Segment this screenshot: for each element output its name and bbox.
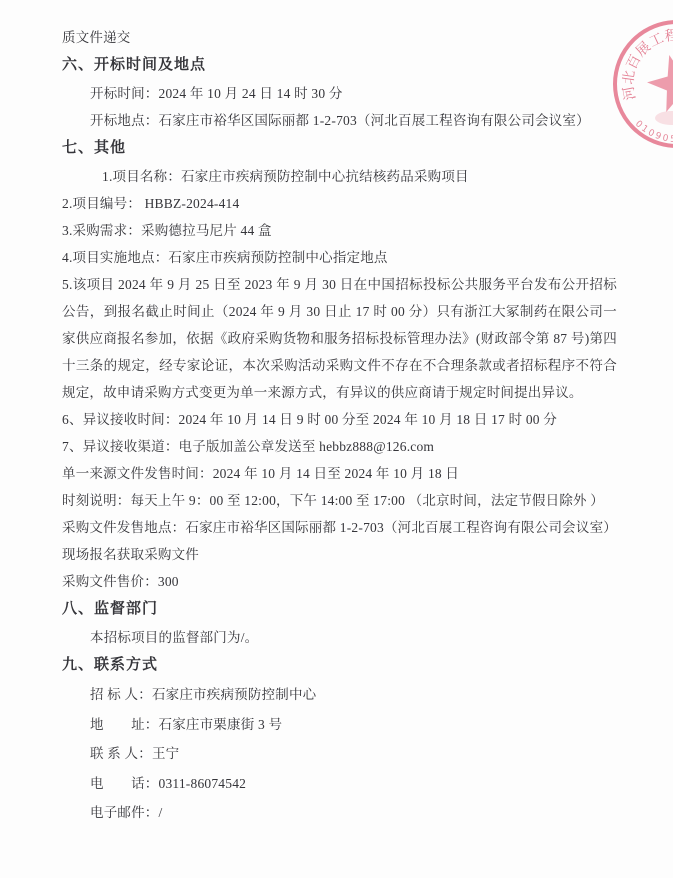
section-6-heading: 六、开标时间及地点 — [62, 51, 617, 80]
company-seal: 河北百展工程咨询有限公司 0109050031 — [600, 6, 673, 166]
item-objection-channel: 7、异议接收渠道：电子版加盖公章发送至 hebbz888@126.com — [62, 433, 617, 460]
contact-address: 地 址：石家庄市栗康街 3 号 — [62, 710, 617, 740]
item-project-number: 2.项目编号： HBBZ-2024-414 — [62, 190, 617, 217]
contact-phone: 电 话：0311-86074542 — [62, 769, 617, 799]
bid-opening-place: 开标地点：石家庄市裕华区国际丽都 1-2-703（河北百展工程咨询有限公司会议室… — [62, 107, 617, 134]
supervision-dept: 本招标项目的监督部门为/。 — [62, 624, 617, 651]
doc-sale-time: 单一来源文件发售时间：2024 年 10 月 14 日至 2024 年 10 月… — [62, 460, 617, 487]
doc-sale-place: 采购文件发售地点：石家庄市裕华区国际丽都 1-2-703（河北百展工程咨询有限公… — [62, 514, 617, 568]
section-9-heading: 九、联系方式 — [62, 651, 617, 680]
document-body: 质文件递交六、开标时间及地点开标时间：2024 年 10 月 24 日 14 时… — [62, 24, 617, 828]
doc-sale-schedule: 时刻说明：每天上午 9：00 至 12:00，下午 14:00 至 17:00 … — [62, 487, 617, 514]
bid-opening-time: 开标时间：2024 年 10 月 24 日 14 时 30 分 — [62, 80, 617, 107]
item-single-source-reason: 5.该项目 2024 年 9 月 25 日至 2023 年 9 月 30 日在中… — [62, 271, 617, 406]
section-7-heading: 七、其他 — [62, 134, 617, 163]
item-procurement-demand: 3.采购需求：采购德拉马尼片 44 盒 — [62, 217, 617, 244]
item-implementation-place: 4.项目实施地点：石家庄市疾病预防控制中心指定地点 — [62, 244, 617, 271]
doc-sale-price: 采购文件售价：300 — [62, 568, 617, 595]
item-objection-time: 6、异议接收时间：2024 年 10 月 14 日 9 时 00 分至 2024… — [62, 406, 617, 433]
seal-company-text: 河北百展工程咨询有限公司 — [621, 27, 673, 107]
section-8-heading: 八、监督部门 — [62, 595, 617, 624]
contact-person: 联 系 人：王宁 — [62, 739, 617, 769]
intro-fragment: 质文件递交 — [62, 24, 617, 51]
contact-bidder: 招 标 人：石家庄市疾病预防控制中心 — [62, 680, 617, 710]
seal-ink-smudge — [655, 111, 673, 125]
document-page: 质文件递交六、开标时间及地点开标时间：2024 年 10 月 24 日 14 时… — [0, 0, 673, 878]
item-project-name: 1.项目名称：石家庄市疾病预防控制中心抗结核药品采购项目 — [62, 163, 617, 190]
contact-email: 电子邮件：/ — [62, 798, 617, 828]
